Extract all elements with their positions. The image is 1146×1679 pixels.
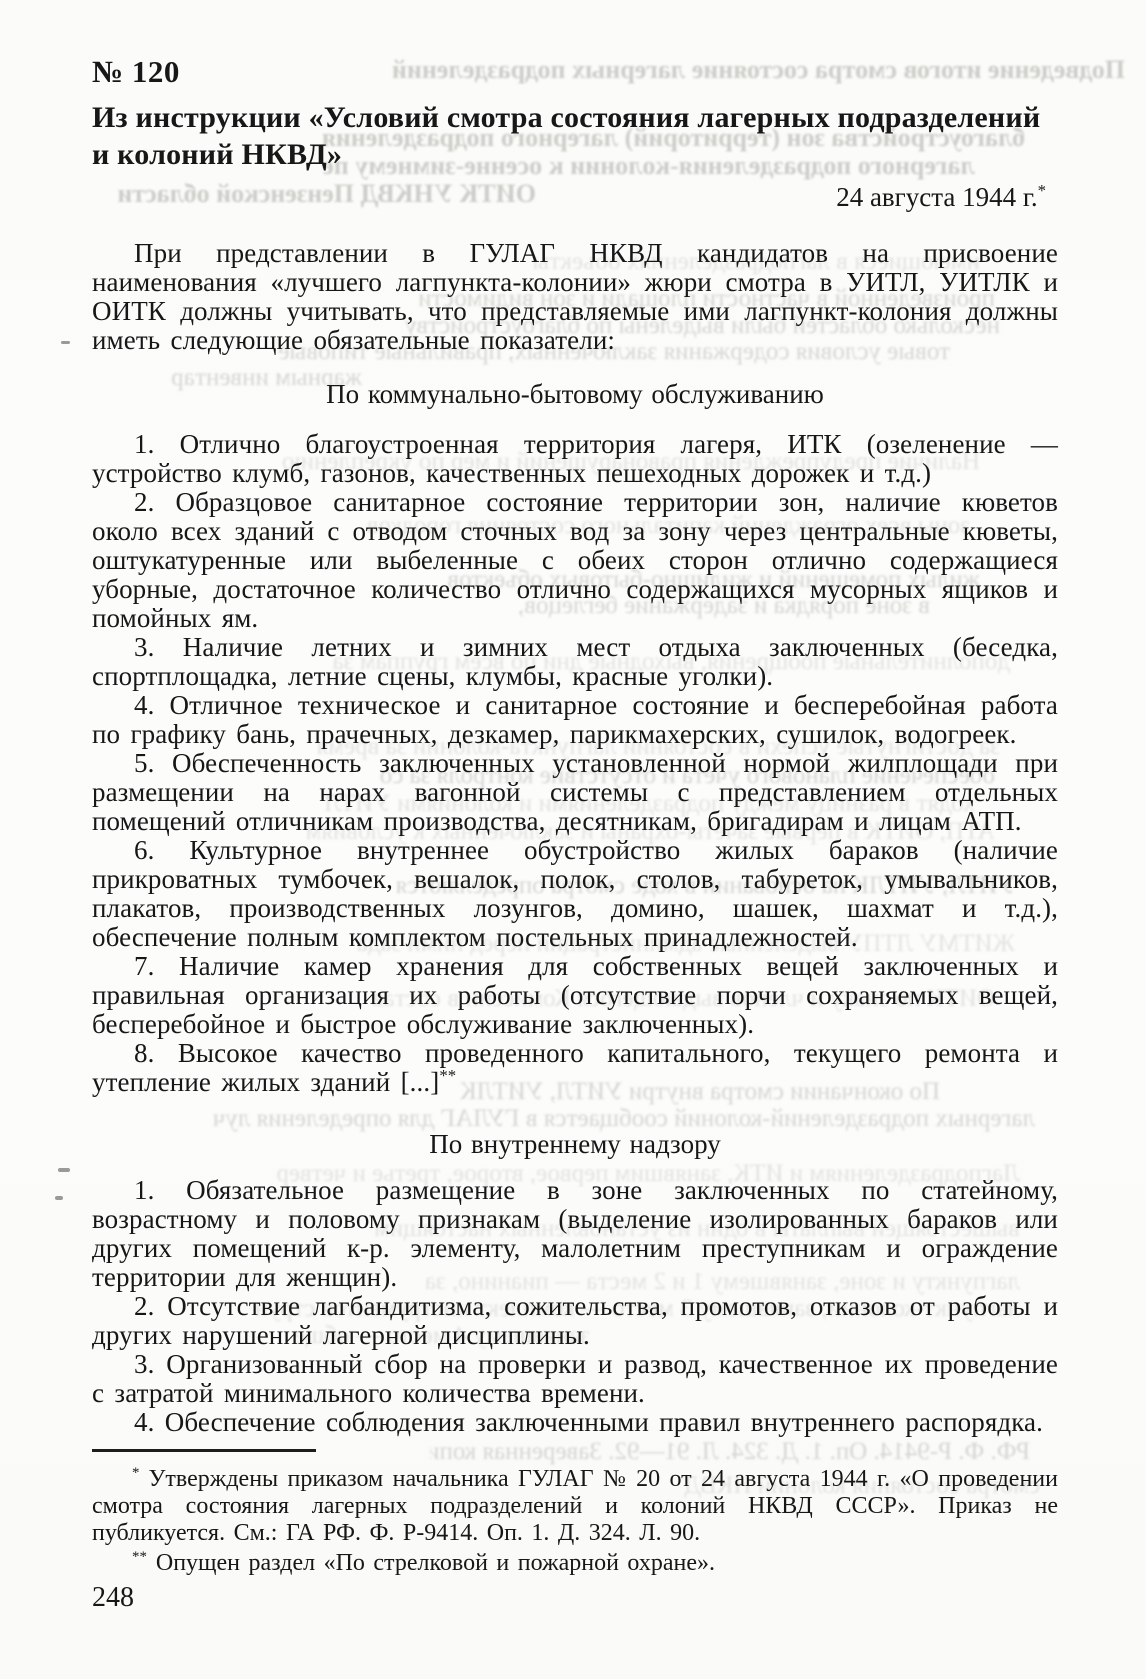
section-heading-internal-oversight: По внутреннему надзору: [92, 1130, 1058, 1159]
list-item-communal-7: 7. Наличие камер хранения для собственны…: [92, 952, 1058, 1039]
list-item-oversight-4: 4. Обеспечение соблюдения заключенными п…: [92, 1408, 1058, 1437]
section-heading-communal-services: По коммунально-бытовому обслуживанию: [92, 380, 1058, 409]
document-date-text: 24 августа 1944 г.: [836, 182, 1037, 212]
list-item-communal-8-text: 8. Высокое качество проведенного капитал…: [92, 1038, 1058, 1097]
footnote-reference-1: *: [1038, 181, 1046, 200]
list-item-oversight-2: 2. Отсутствие лагбандитизма, сожительств…: [92, 1292, 1058, 1350]
list-item-oversight-1: 1. Обязательное размещение в зоне заключ…: [92, 1176, 1058, 1292]
list-item-communal-2: 2. Образцовое санитарное состояние терри…: [92, 488, 1058, 633]
list-item-communal-3: 3. Наличие летних и зимних мест отдыха з…: [92, 633, 1058, 691]
footnote-2: **Опущен раздел «По стрелковой и пожарно…: [92, 1550, 1058, 1577]
footnote-1-mark: *: [132, 1465, 139, 1481]
scanned-document-page: Подведение итогов смотра состояние лагер…: [0, 0, 1146, 1679]
page-number: 248: [92, 1582, 134, 1614]
intro-paragraph: При представлении в ГУЛАГ НКВД кандидато…: [92, 239, 1058, 355]
list-item-communal-8: 8. Высокое качество проведенного капитал…: [92, 1039, 1058, 1097]
footnote-1-text: Утверждены приказом начальника ГУЛАГ № 2…: [92, 1466, 1058, 1546]
document-content: № 120 Из инструкции «Условий смотра сост…: [92, 54, 1058, 1580]
list-item-communal-4: 4. Отличное техническое и санитарное сос…: [92, 691, 1058, 749]
document-title-line-1: Из инструкции «Условий смотра состояния …: [92, 101, 1040, 134]
list-item-communal-1: 1. Отлично благоустроенная территория ла…: [92, 430, 1058, 488]
footnote-separator: [92, 1449, 316, 1452]
footnote-block: *Утверждены приказом начальника ГУЛАГ № …: [92, 1449, 1058, 1577]
scan-speck: [61, 341, 70, 344]
footnote-2-text: Опущен раздел «По стрелковой и пожарной …: [156, 1550, 715, 1576]
document-title: Из инструкции «Условий смотра состояния …: [92, 99, 1058, 173]
list-item-oversight-3: 3. Организованный сбор на проверки и раз…: [92, 1350, 1058, 1408]
list-item-communal-5: 5. Обеспеченность заключенных установлен…: [92, 749, 1058, 836]
scan-speck: [55, 1196, 63, 1200]
document-number: № 120: [92, 54, 1058, 90]
document-date: 24 августа 1944 г.*: [92, 182, 1058, 213]
list-item-communal-6: 6. Культурное внутреннее обустройство жи…: [92, 836, 1058, 952]
footnote-2-mark: **: [132, 1549, 147, 1565]
document-title-line-2: и колоний НКВД»: [92, 138, 342, 171]
footnote-1: *Утверждены приказом начальника ГУЛАГ № …: [92, 1466, 1058, 1547]
scan-speck: [58, 1168, 70, 1172]
footnote-reference-2: **: [439, 1066, 456, 1085]
